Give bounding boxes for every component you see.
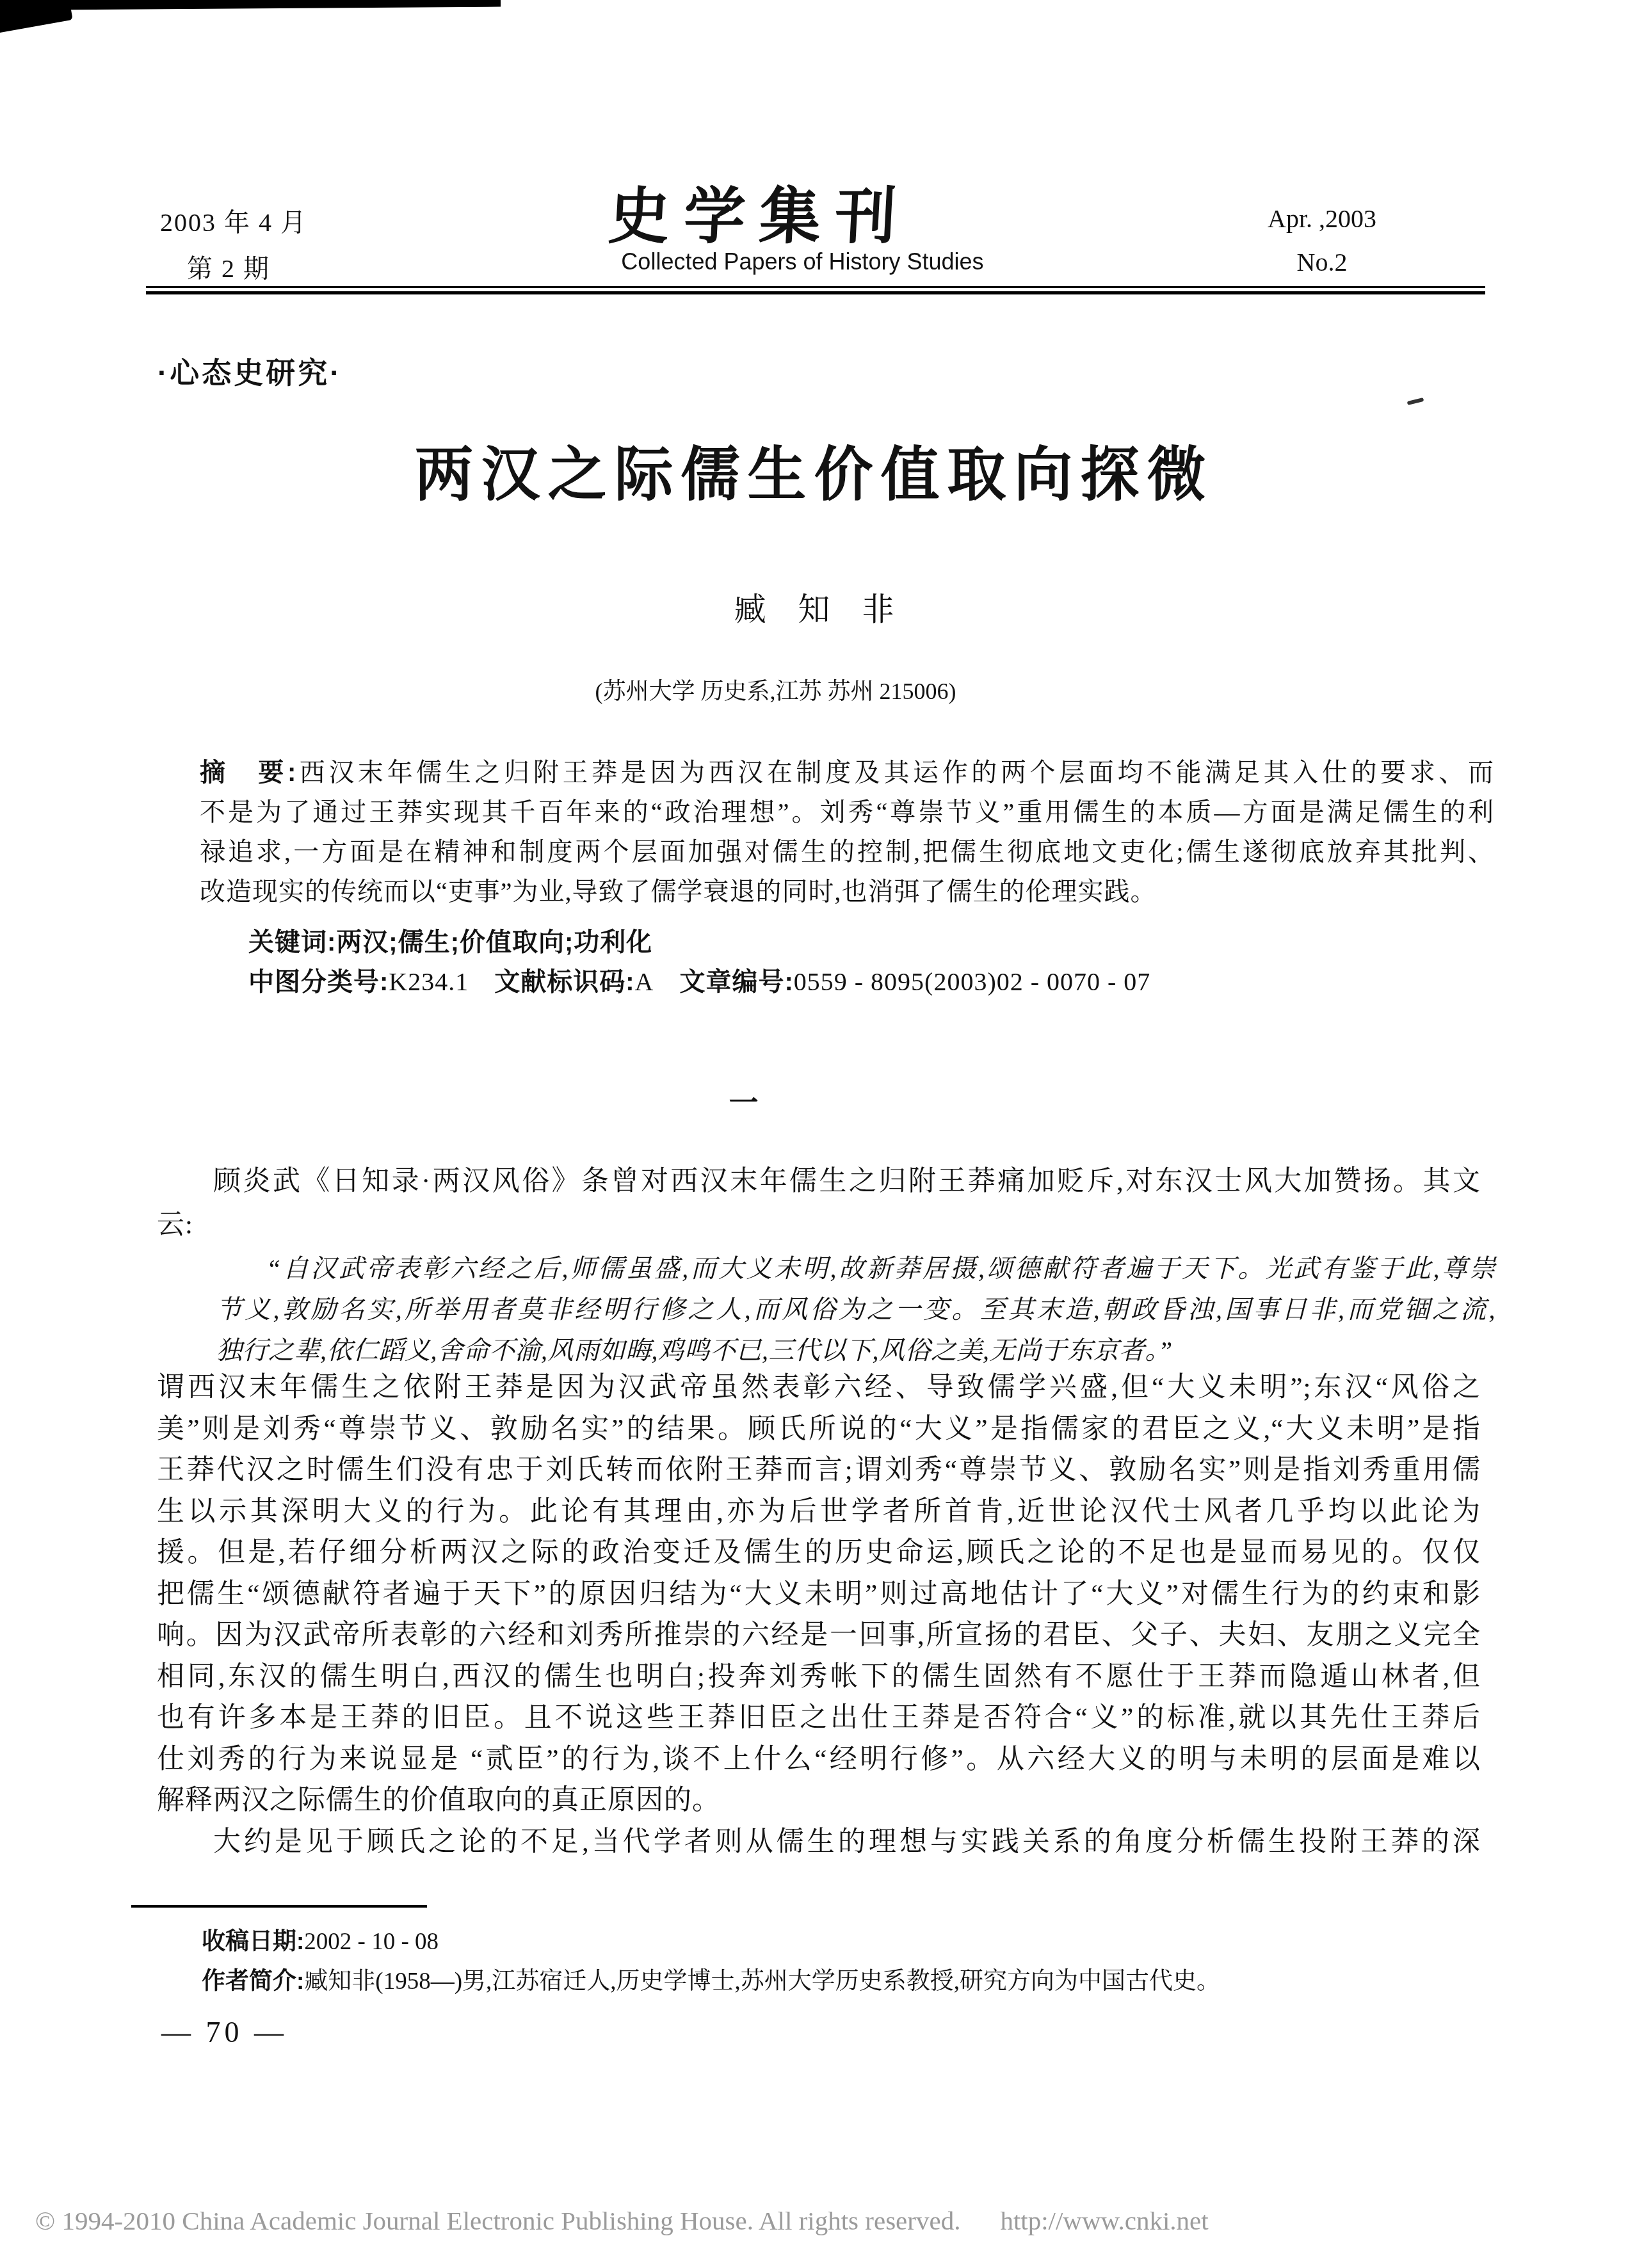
column-label: ·心态史研究·	[157, 350, 343, 392]
journal-page-scan: 2003 年 4 月 第 2 期 史学集刊 Collected Papers o…	[0, 0, 1628, 2268]
abstract-line: 禄追求,一方面是在精神和制度两个层面加强对儒生的控制,把儒生彻底地文吏化;儒生遂…	[200, 832, 1494, 872]
abstract-line: 不是为了通过王莽实现其千百年来的“政治理想”。刘秀“尊崇节义”重用儒生的本质—方…	[200, 792, 1494, 832]
doc-code-label: 文献标识码:	[494, 968, 634, 996]
intro-line: 云:	[157, 1203, 1481, 1247]
body-line: 相同,东汉的儒生明白,西汉的儒生也明白;投奔刘秀帐下的儒生固然有不愿仕于王莽而隐…	[157, 1657, 1481, 1698]
abstract-line: 摘 要:西汉末年儒生之归附王莽是因为西汉在制度及其运作的两个层面均不能满足其入仕…	[200, 753, 1494, 792]
header-date-en: Apr. ,2003	[1248, 204, 1396, 234]
article-id-label: 文章编号:	[679, 968, 793, 996]
body-line: 把儒生“颂德献符者遍于天下”的原因归结为“大义未明”则过高地估计了“大义”对儒生…	[157, 1574, 1481, 1616]
article-affiliation: (苏州大学 历史系,江苏 苏州 215006)	[0, 673, 1590, 706]
received-date-value: 2002 - 10 - 08	[304, 1929, 439, 1955]
clc-line: 中图分类号:K234.1文献标识码:A文章编号:0559 - 8095(2003…	[248, 961, 1150, 998]
cnki-url: http://www.cnki.net	[1000, 2206, 1208, 2235]
intro-line: 顾炎武《日知录·两汉风俗》条曾对西汉末年儒生之归附王莽痛加贬斥,对东汉士风大加赞…	[157, 1160, 1481, 1203]
scan-artifact-blob	[0, 0, 73, 33]
body-line: 响。因为汉武帝所表彰的六经和刘秀所推崇的六经是一回事,所宣扬的君臣、父子、夫妇、…	[157, 1615, 1481, 1657]
abstract-label: 摘 要:	[200, 759, 296, 787]
body-line: 谓西汉末年儒生之依附王莽是因为汉武帝虽然表彰六经、导致儒学兴盛,但“大义未明”;…	[157, 1367, 1481, 1409]
header-divider-rule	[146, 286, 1485, 294]
footnote-received: 收稿日期:2002 - 10 - 08	[202, 1922, 439, 1956]
body-paragraphs: 谓西汉末年儒生之依附王莽是因为汉武帝虽然表彰六经、导致儒学兴盛,但“大义未明”;…	[157, 1367, 1481, 1863]
footnote-author-bio: 作者简介:臧知非(1958—)男,江苏宿迁人,历史学博士,苏州大学历史系教授,研…	[202, 1961, 1220, 1996]
body-line: 王莽代汉之时儒生们没有忠于刘氏转而依附王莽而言;谓刘秀“尊崇节义、敦励名实”则是…	[157, 1450, 1481, 1492]
abstract-block: 摘 要:西汉末年儒生之归附王莽是因为西汉在制度及其运作的两个层面均不能满足其入仕…	[200, 753, 1494, 912]
keywords-label: 关键词:	[248, 928, 336, 956]
body-line: 大约是见于顾氏之论的不足,当代学者则从儒生的理想与实践关系的角度分析儒生投附王莽…	[157, 1822, 1481, 1863]
body-line: 仕刘秀的行为来说显是 “贰臣”的行为,谈不上什么“经明行修”。从六经大义的明与未…	[157, 1739, 1481, 1781]
block-quote: “自汉武帝表彰六经之后,师儒虽盛,而大义未明,故新莽居摄,颂德献符者遍于天下。光…	[216, 1248, 1495, 1371]
intro-paragraph: 顾炎武《日知录·两汉风俗》条曾对西汉末年儒生之归附王莽痛加贬斥,对东汉士风大加赞…	[157, 1160, 1481, 1247]
author-bio-label: 作者简介:	[202, 1968, 304, 1994]
abstract-text: 西汉末年儒生之归附王莽是因为西汉在制度及其运作的两个层面均不能满足其入仕的要求、…	[296, 758, 1494, 787]
body-line: 美”则是刘秀“尊崇节义、敦励名实”的结果。顾氏所说的“大义”是指儒家的君臣之义,…	[157, 1409, 1481, 1451]
scan-artifact-band	[0, 0, 501, 10]
keywords-line: 关键词:两汉;儒生;价值取向;功利化	[248, 922, 652, 958]
header-issue-en: No.2	[1248, 247, 1396, 277]
article-id-value: 0559 - 8095(2003)02 - 0070 - 07	[794, 967, 1151, 996]
copyright-footer: © 1994-2010 China Academic Journal Elect…	[35, 2205, 1209, 2236]
abstract-line: 改造现实的传统而以“吏事”为业,导致了儒学衰退的同时,也消弭了儒生的伦理实践。	[200, 872, 1494, 912]
clc-label: 中图分类号:	[248, 968, 389, 996]
article-title: 两汉之际儒生价值取向探微	[0, 428, 1628, 512]
copyright-text: © 1994-2010 China Academic Journal Elect…	[35, 2206, 960, 2235]
section-marker-one: 一	[0, 1079, 1558, 1122]
body-line: 也有许多本是王莽的旧臣。且不说这些王莽旧臣之出仕王莽是否符合“义”的标准,就以其…	[157, 1698, 1481, 1739]
keywords-value: 两汉;儒生;价值取向;功利化	[336, 928, 652, 956]
received-date-label: 收稿日期:	[202, 1928, 304, 1954]
article-author: 臧 知 非	[0, 584, 1628, 630]
quote-line: 独行之辈,依仁蹈义,舍命不渝,风雨如晦,鸡鸣不已,三代以下,风俗之美,无尚于东京…	[216, 1330, 1495, 1371]
page-number: — 70 —	[161, 2015, 287, 2049]
doc-code-value: A	[635, 967, 654, 996]
body-line: 生以示其深明大义的行为。此论有其理由,亦为后世学者所首肯,近世论汉代士风者几乎均…	[157, 1492, 1481, 1533]
author-bio-value: 臧知非(1958—)男,江苏宿迁人,历史学博士,苏州大学历史系教授,研究方向为中…	[304, 1968, 1220, 1995]
body-line: 援。但是,若仔细分析两汉之际的政治变迁及儒生的历史命运,顾氏之论的不足也是显而易…	[157, 1532, 1481, 1574]
quote-line: 节义,敦励名实,所举用者莫非经明行修之人,而风俗为之一变。至其末造,朝政昏浊,国…	[216, 1289, 1495, 1330]
footnote-rule	[131, 1905, 427, 1908]
body-line: 解释两汉之际儒生的价值取向的真正原因的。	[157, 1780, 1481, 1822]
clc-value: K234.1	[389, 967, 469, 996]
quote-line: “自汉武帝表彰六经之后,师儒虽盛,而大义未明,故新莽居摄,颂德献符者遍于天下。光…	[216, 1248, 1495, 1289]
scan-artifact-dash	[1407, 398, 1424, 405]
